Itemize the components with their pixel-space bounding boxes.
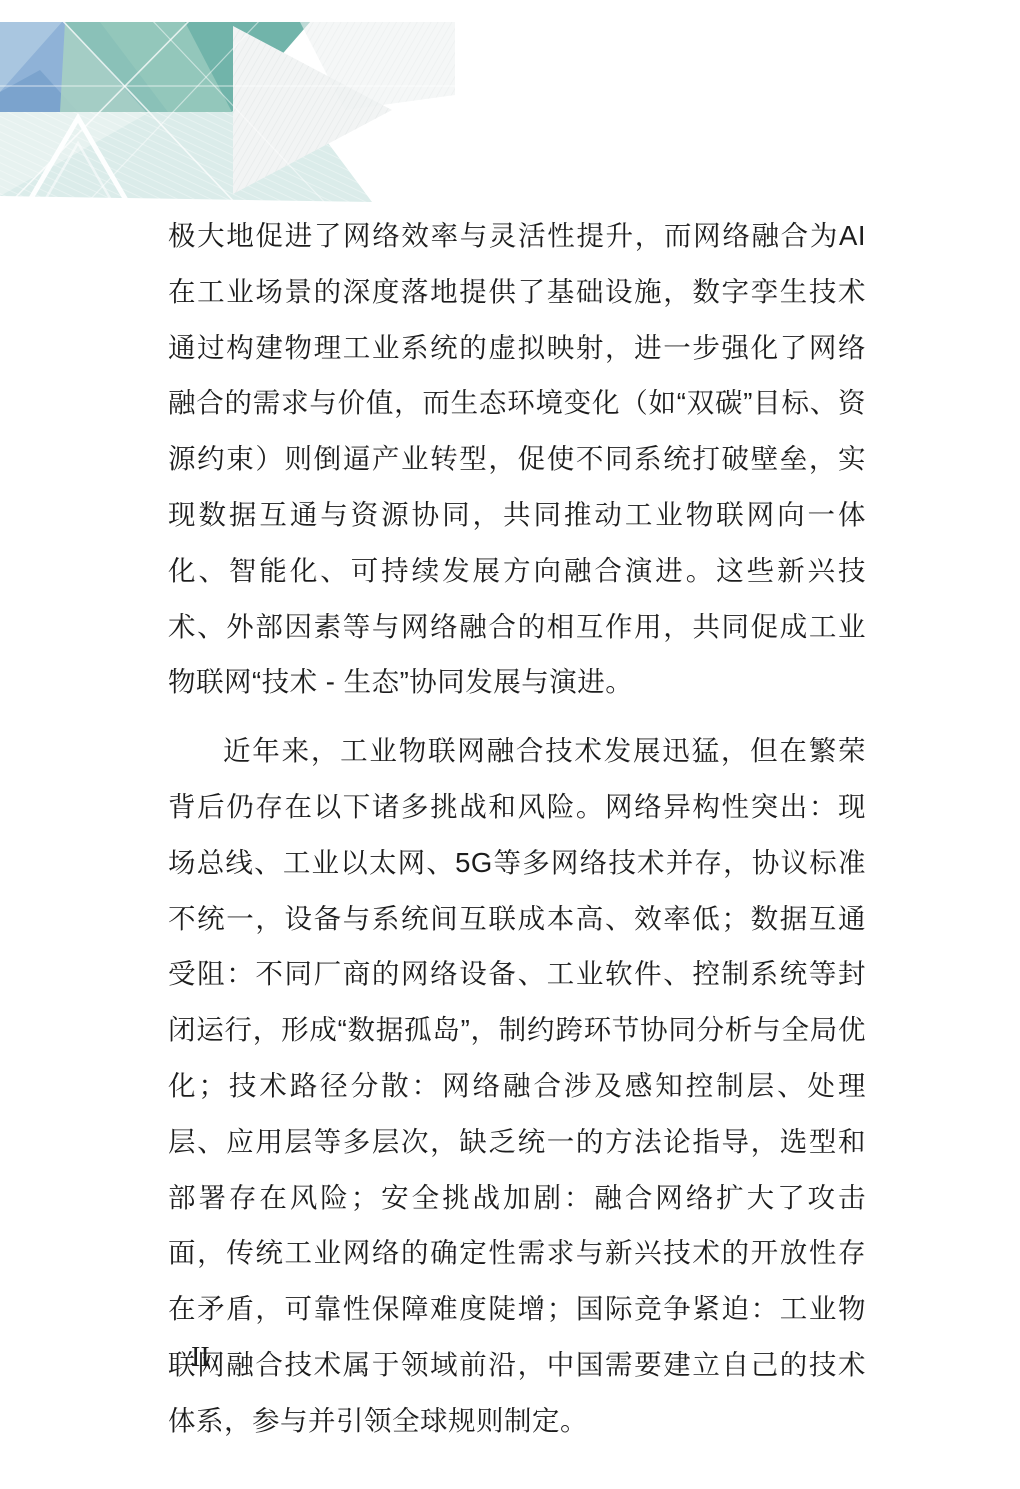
paragraph-continuation: 极大地促进了网络效率与灵活性提升，而网络融合为AI在工业场景的深度落地提供了基础…	[168, 208, 866, 710]
body-text: 极大地促进了网络效率与灵活性提升，而网络融合为AI在工业场景的深度落地提供了基础…	[168, 208, 866, 1449]
document-page: 极大地促进了网络效率与灵活性提升，而网络融合为AI在工业场景的深度落地提供了基础…	[0, 0, 1020, 1489]
page-number: II	[191, 1342, 210, 1374]
header-triangles-decoration	[0, 0, 460, 215]
paragraph-challenges: 近年来，工业物联网融合技术发展迅猛，但在繁荣背后仍存在以下诸多挑战和风险。网络异…	[168, 723, 866, 1448]
